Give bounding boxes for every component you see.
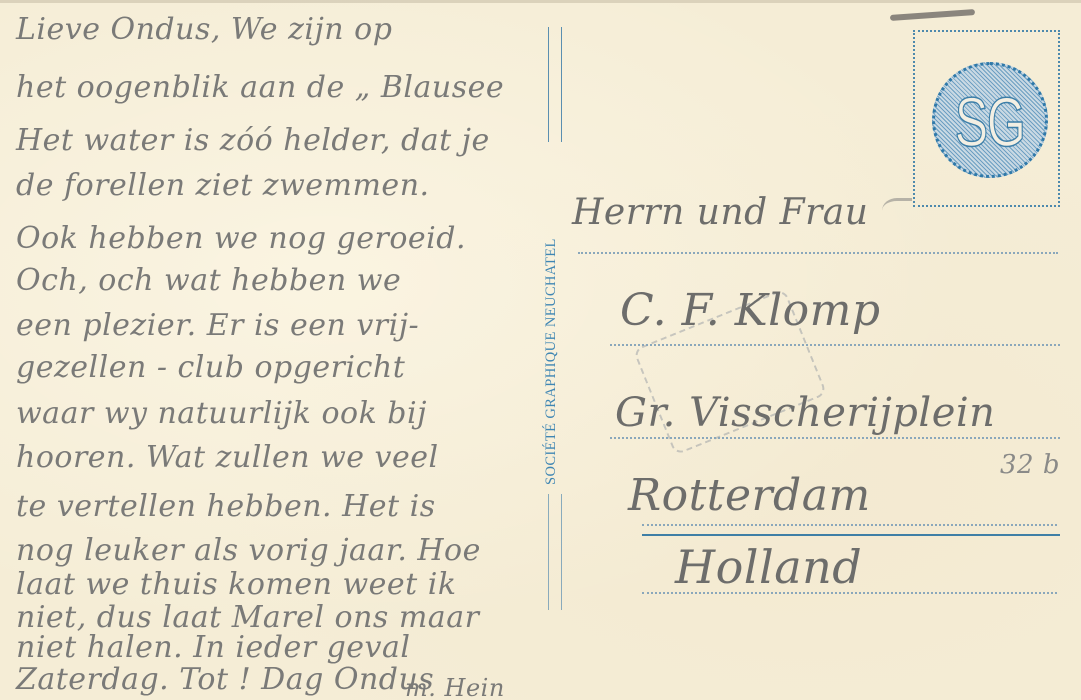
signature: m. Hein xyxy=(405,674,505,700)
message-line: de forellen ziet zwemmen. xyxy=(16,168,430,203)
ink-smudge xyxy=(890,9,975,21)
sg-monogram-icon: SG xyxy=(932,62,1048,178)
address-dotted-line xyxy=(642,524,1057,526)
postcard-back: Lieve Ondus, We zijn op het oogenblik aa… xyxy=(0,0,1081,700)
message-line: nog leuker als vorig jaar. Hoe xyxy=(16,533,481,568)
message-line: hooren. Wat zullen we veel xyxy=(16,440,439,475)
message-line: niet halen. In ieder geval xyxy=(16,630,411,665)
divider-line xyxy=(548,494,549,610)
message-line: Zaterdag. Tot ! Dag Ondus xyxy=(16,662,434,697)
message-line: gezellen - club opgericht xyxy=(16,350,405,385)
house-number: 32 b xyxy=(1000,450,1060,480)
ink-smudge xyxy=(882,198,912,223)
divider-line xyxy=(561,27,562,142)
address-solid-line xyxy=(642,534,1060,536)
address-line-1: Herrn und Frau xyxy=(572,192,868,233)
publisher-label: SOCIÉTÉ GRAPHIQUE NEUCHATEL xyxy=(543,238,560,485)
address-line-4: Rotterdam xyxy=(628,470,871,521)
divider-line xyxy=(561,494,562,610)
address-dotted-line xyxy=(610,344,1060,346)
message-line: waar wy natuurlijk ook bij xyxy=(16,396,427,431)
message-line: te vertellen hebben. Het is xyxy=(16,489,436,524)
message-line: laat we thuis komen weet ik xyxy=(16,567,457,602)
address-line-3: Gr. Visscherijplein xyxy=(615,390,995,436)
address-line-5: Holland xyxy=(675,540,862,594)
divider-line xyxy=(548,27,549,142)
address-line-2: C. F. Klomp xyxy=(620,285,881,336)
monogram-text: SG xyxy=(955,87,1025,157)
address-dotted-line xyxy=(642,592,1057,594)
address-dotted-line xyxy=(610,437,1060,439)
address-dotted-line xyxy=(578,252,1058,254)
message-line: Het water is zóó helder, dat je xyxy=(16,123,490,158)
message-line: Ook hebben we nog geroeid. xyxy=(16,221,466,256)
message-line: een plezier. Er is een vrij- xyxy=(16,308,419,343)
message-line: Lieve Ondus, We zijn op xyxy=(16,12,392,47)
message-line: Och, och wat hebben we xyxy=(16,263,401,298)
message-line: het oogenblik aan de „ Blausee xyxy=(16,70,504,105)
